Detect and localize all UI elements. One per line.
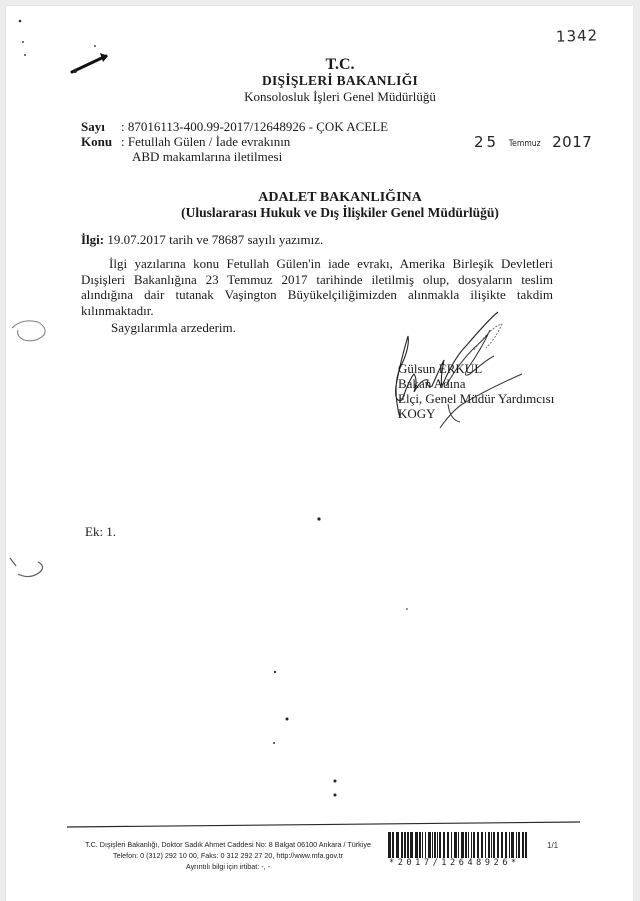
barcode-text: *2017/12648926* (389, 858, 520, 868)
konu-label: Konu (81, 134, 112, 150)
addressee-subtitle: (Uluslararası Hukuk ve Dış İlişkiler Gen… (20, 205, 640, 221)
header-department: Konsolosluk İşleri Genel Müdürlüğü (20, 89, 640, 105)
signatory-on-behalf: Bakan Adına (398, 376, 554, 391)
sayi-label: Sayı (81, 119, 105, 135)
reference-text: 19.07.2017 tarih ve 78687 sayılı yazımız… (104, 232, 323, 247)
header-state: T.C. (20, 56, 640, 74)
barcode-icon (387, 832, 529, 858)
header-ministry: DIŞİŞLERİ BAKANLIĞI (20, 73, 640, 89)
date-stamp: 25 Temmuz 2017 (474, 133, 592, 151)
footer-info: Ayrıntılı bilgi için irtibat: -, - (68, 861, 388, 872)
date-year: 2017 (552, 133, 592, 151)
reference-line: İlgi: 19.07.2017 tarih ve 78687 sayılı y… (81, 232, 323, 248)
footer-address: T.C. Dışişleri Bakanlığı, Doktor Sadık A… (68, 839, 388, 850)
date-day: 25 (474, 133, 499, 151)
attachment-note: Ek: 1. (85, 524, 116, 540)
closing-text: Saygılarımla arzederim. (111, 320, 236, 336)
konu-value: : Fetullah Gülen / İade evrakının (121, 134, 290, 150)
signature-block: Gülsun ERKUL Bakan Adına Elçi, Genel Müd… (398, 361, 554, 421)
signatory-unit: KOGY (398, 406, 554, 421)
addressee-title: ADALET BAKANLIĞINA (20, 190, 640, 206)
signatory-name: Gülsun ERKUL (398, 361, 554, 376)
date-month: Temmuz (509, 139, 541, 149)
footer-address-block: T.C. Dışişleri Bakanlığı, Doktor Sadık A… (68, 839, 388, 872)
reference-label: İlgi: (81, 232, 104, 247)
konu-value-continued: ABD makamlarına iletilmesi (132, 149, 282, 165)
folio-number: 1342 (556, 26, 599, 45)
signatory-title: Elçi, Genel Müdür Yardımcısı (398, 391, 554, 406)
sayi-value: : 87016113-400.99-2017/12648926 - ÇOK AC… (121, 119, 388, 135)
page-count: 1/1 (547, 841, 558, 850)
footer-contact: Telefon: 0 (312) 292 10 00, Faks: 0 312 … (68, 850, 388, 861)
